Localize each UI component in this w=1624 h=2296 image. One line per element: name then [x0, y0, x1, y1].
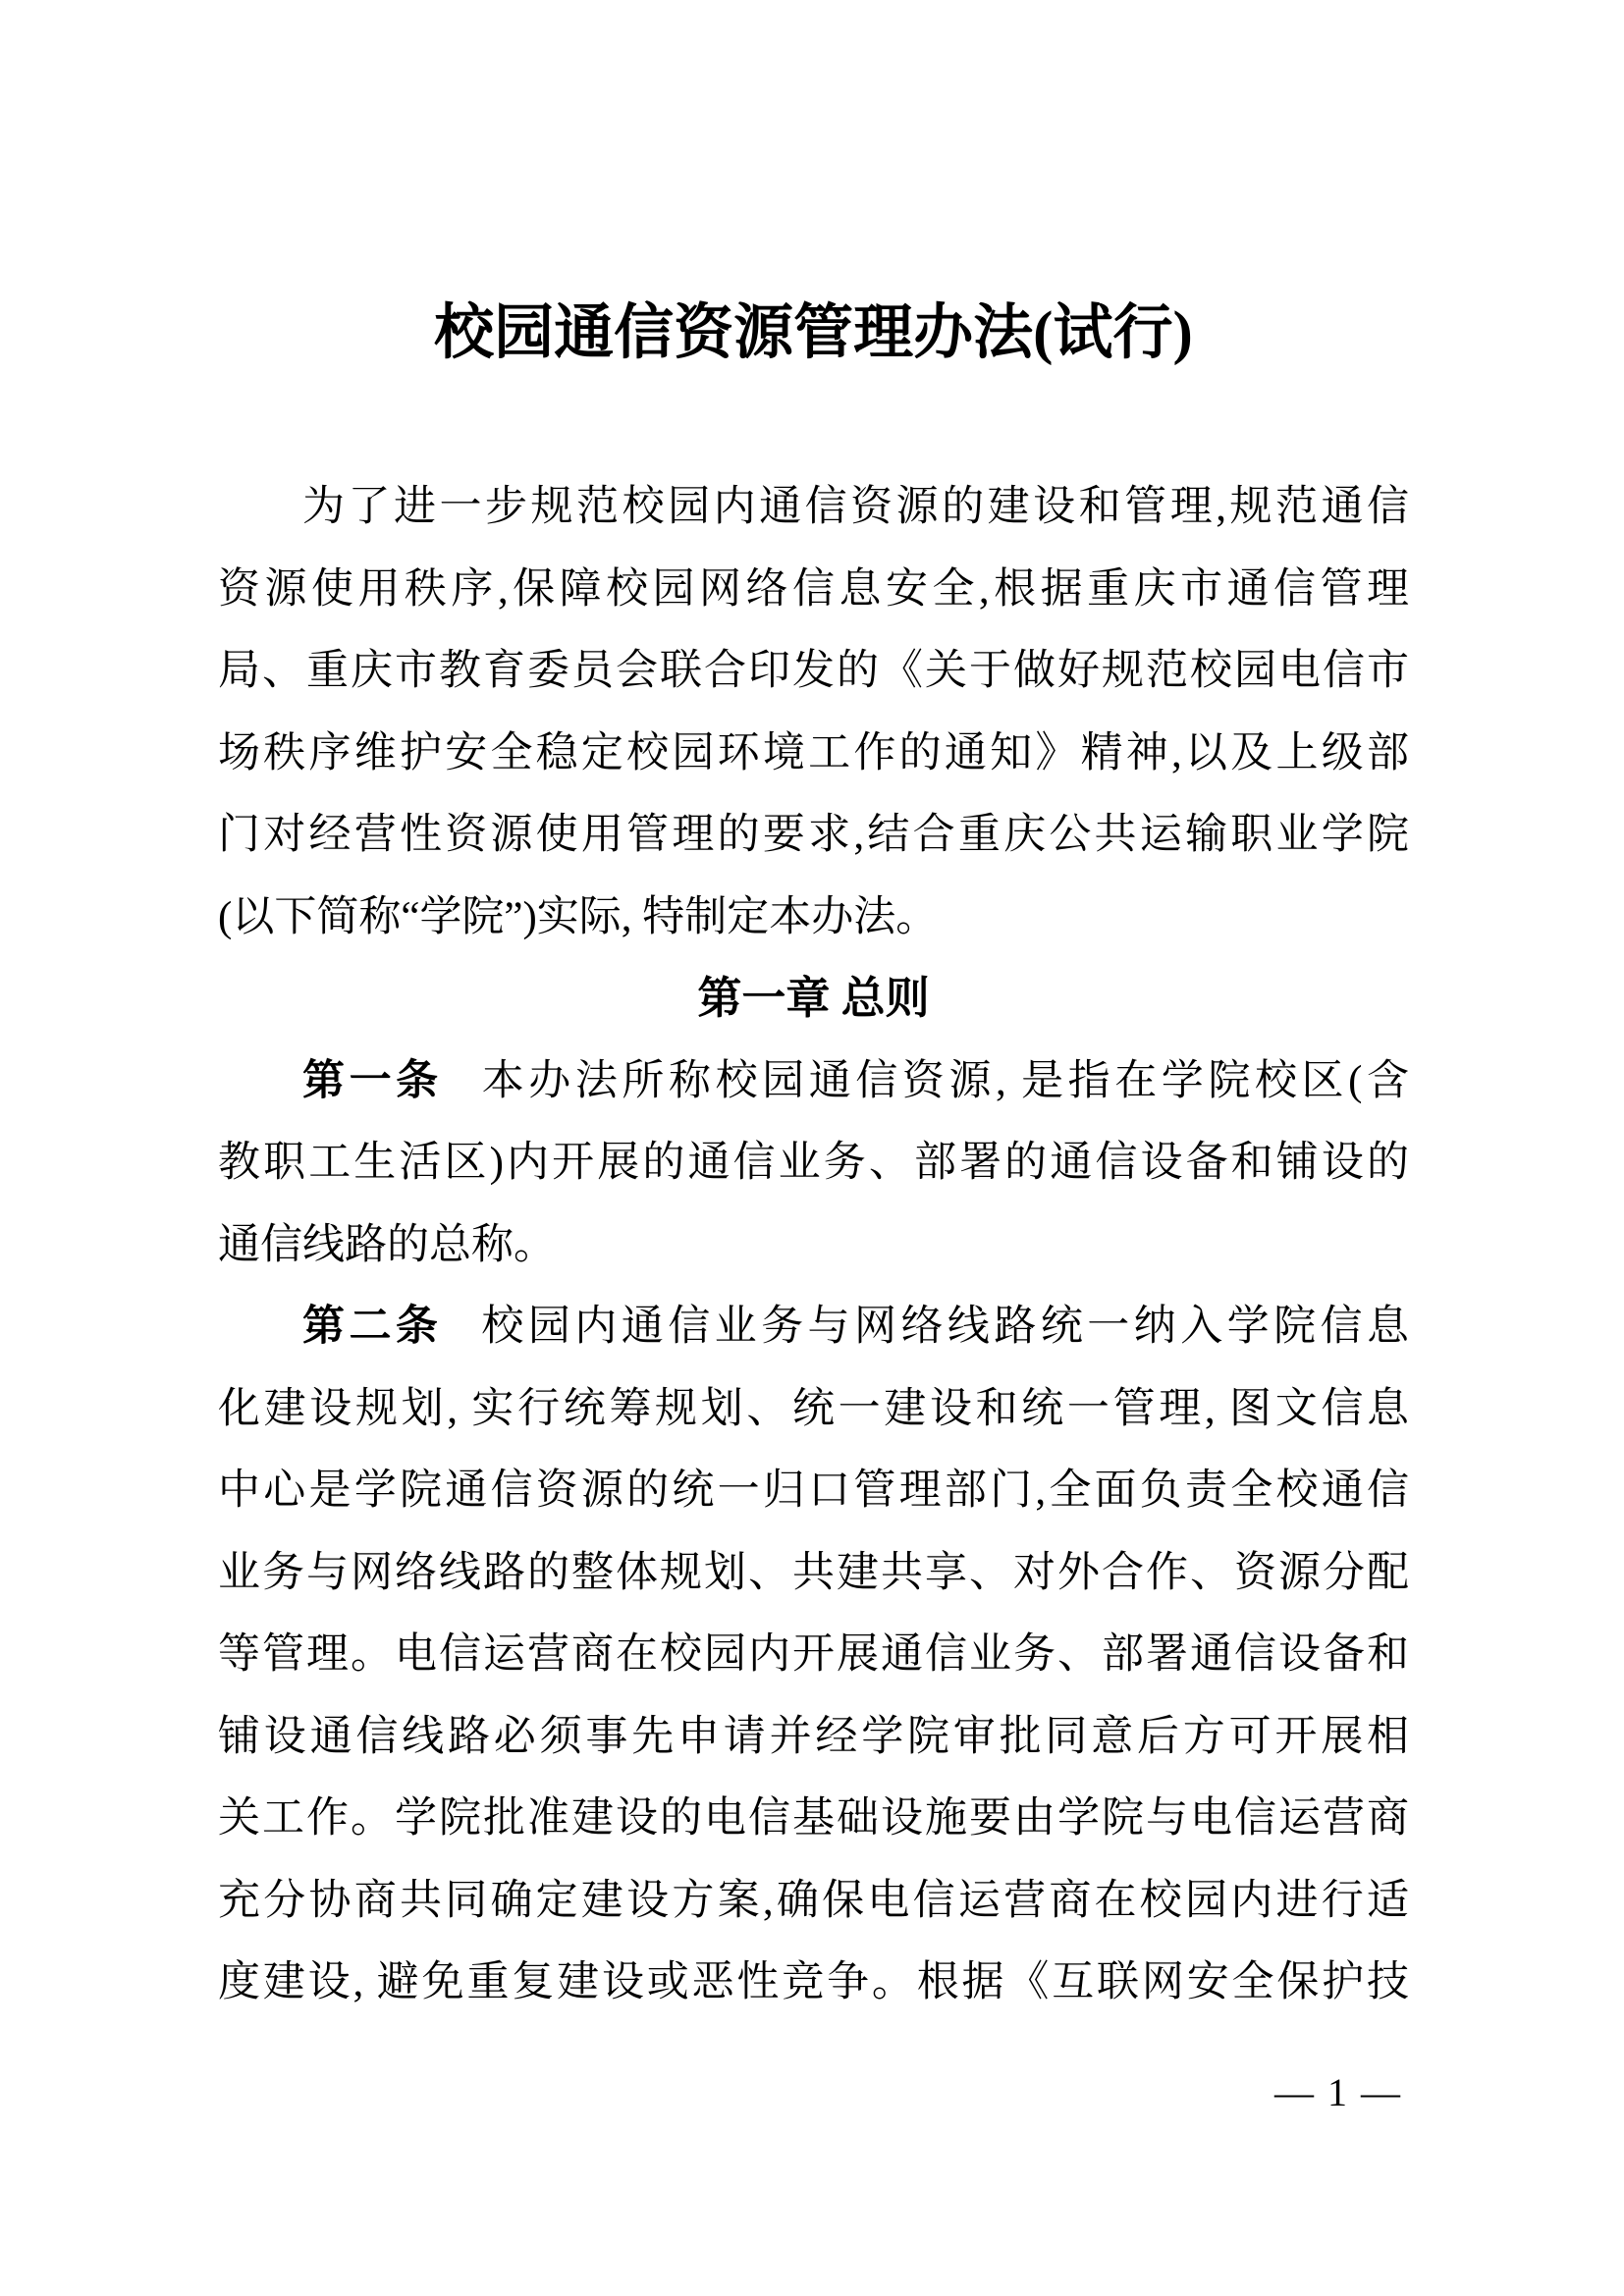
line-text: 业务与网络线路的整体规划、共建共享、对外合作、资源分配	[218, 1550, 1409, 1596]
text-line: 等管理。电信运营商在校园内开展通信业务、部署通信设备和	[218, 1614, 1409, 1696]
article-label: 第二条	[302, 1304, 442, 1350]
text-line: 化建设规划, 实行统筹规划、统一建设和统一管理, 图文信息	[218, 1368, 1409, 1451]
document-title: 校园通信资源管理办法(试行)	[218, 300, 1409, 367]
document-body: 为了进一步规范校园内通信资源的建设和管理,规范通信资源使用秩序,保障校园网络信息…	[218, 466, 1409, 2024]
text-line: 中心是学院通信资源的统一归口管理部门,全面负责全校通信	[218, 1450, 1409, 1532]
page-number: — 1 —	[1274, 2065, 1402, 2120]
text-line: 教职工生活区)内开展的通信业务、部署的通信设备和铺设的	[218, 1122, 1409, 1204]
document-page: { "colors": { "background": "#ffffff", "…	[0, 0, 1624, 2296]
line-text: 局、重庆市教育委员会联合印发的《关于做好规范校园电信市	[218, 648, 1409, 694]
line-text: 中心是学院通信资源的统一归口管理部门,全面负责全校通信	[218, 1468, 1409, 1514]
line-text: 关工作。学院批准建设的电信基础设施要由学院与电信运营商	[218, 1795, 1409, 1842]
text-line: 充分协商共同确定建设方案,确保电信运营商在校园内进行适	[218, 1860, 1409, 1943]
text-line: 资源使用秩序,保障校园网络信息安全,根据重庆市通信管理	[218, 549, 1409, 631]
line-text: 场秩序维护安全稳定校园环境工作的通知》精神,以及上级部	[218, 730, 1409, 776]
line-text: 通信线路的总称。	[218, 1222, 556, 1268]
text-line: 场秩序维护安全稳定校园环境工作的通知》精神,以及上级部	[218, 713, 1409, 795]
text-line: 第二条校园内通信业务与网络线路统一纳入学院信息	[218, 1286, 1409, 1368]
text-line: 度建设, 避免重复建设或恶性竞争。根据《互联网安全保护技	[218, 1942, 1409, 2024]
text-line: 关工作。学院批准建设的电信基础设施要由学院与电信运营商	[218, 1778, 1409, 1860]
line-text: 第一章 总则	[697, 974, 929, 1023]
text-line: 为了进一步规范校园内通信资源的建设和管理,规范通信	[218, 466, 1409, 549]
line-text: 化建设规划, 实行统筹规划、统一建设和统一管理, 图文信息	[218, 1386, 1409, 1432]
line-text: 为了进一步规范校园内通信资源的建设和管理,规范通信	[302, 484, 1409, 530]
text-line: 铺设通信线路必须事先申请并经学院审批同意后方可开展相	[218, 1696, 1409, 1779]
text-line: 局、重庆市教育委员会联合印发的《关于做好规范校园电信市	[218, 630, 1409, 713]
line-text: (以下简称“学院”)实际, 特制定本办法。	[218, 894, 938, 940]
line-text: 门对经营性资源使用管理的要求,结合重庆公共运输职业学院	[218, 812, 1409, 858]
line-text: 校园内通信业务与网络线路统一纳入学院信息	[481, 1304, 1409, 1350]
line-text: 教职工生活区)内开展的通信业务、部署的通信设备和铺设的	[218, 1140, 1409, 1186]
text-line: 通信线路的总称。	[218, 1204, 1409, 1287]
chapter-heading: 第一章 总则	[218, 958, 1409, 1041]
line-text: 铺设通信线路必须事先申请并经学院审批同意后方可开展相	[218, 1714, 1409, 1760]
line-text: 度建设, 避免重复建设或恶性竞争。根据《互联网安全保护技	[218, 1959, 1409, 2005]
article-label: 第一条	[302, 1058, 443, 1104]
text-line: (以下简称“学院”)实际, 特制定本办法。	[218, 877, 1409, 959]
line-text: 本办法所称校园通信资源, 是指在学院校区(含	[482, 1058, 1409, 1104]
text-line: 第一条本办法所称校园通信资源, 是指在学院校区(含	[218, 1041, 1409, 1123]
line-text: 等管理。电信运营商在校园内开展通信业务、部署通信设备和	[218, 1631, 1409, 1678]
text-line: 门对经营性资源使用管理的要求,结合重庆公共运输职业学院	[218, 794, 1409, 877]
text-line: 业务与网络线路的整体规划、共建共享、对外合作、资源分配	[218, 1532, 1409, 1615]
line-text: 充分协商共同确定建设方案,确保电信运营商在校园内进行适	[218, 1878, 1409, 1924]
line-text: 资源使用秩序,保障校园网络信息安全,根据重庆市通信管理	[218, 566, 1409, 613]
